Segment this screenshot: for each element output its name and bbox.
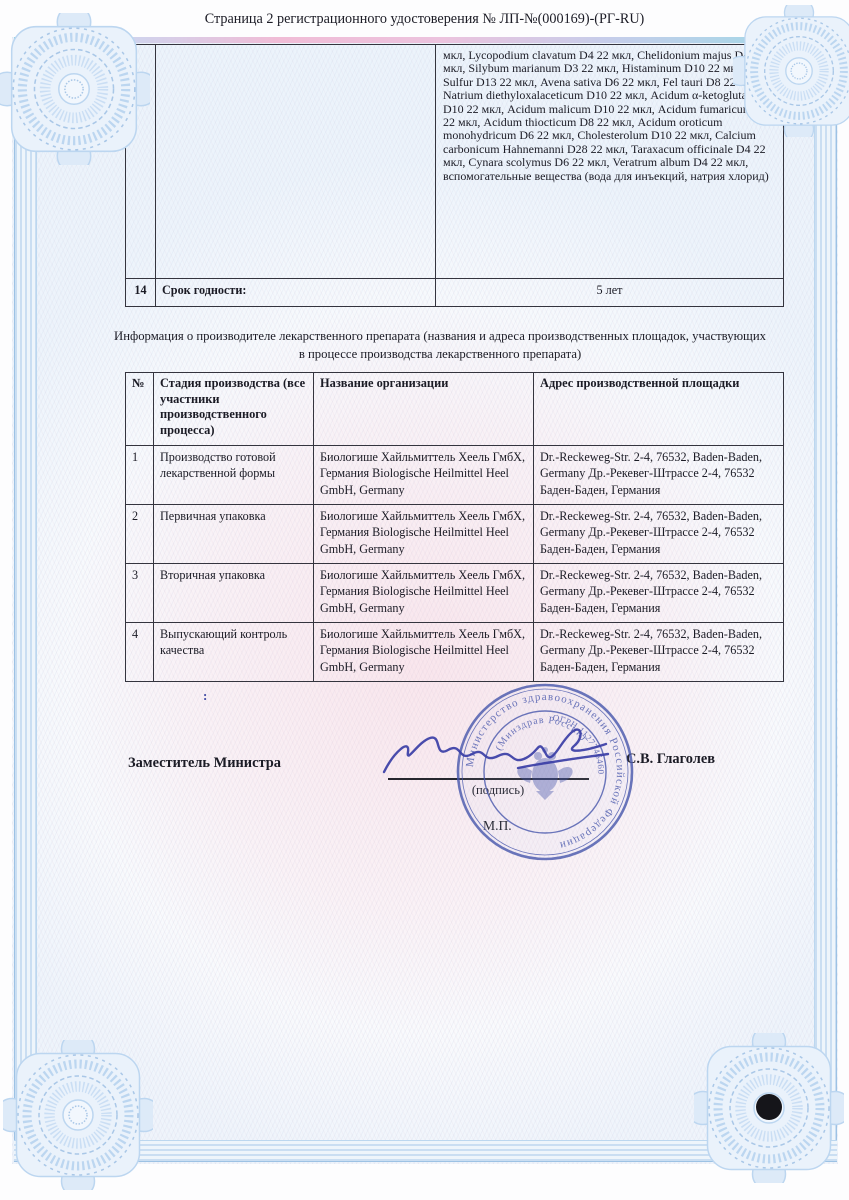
rosette-bottom-left-icon [3, 1040, 153, 1190]
table-row: 1 Производство готовой лекарственной фор… [126, 446, 784, 505]
row-number: 3 [126, 564, 154, 623]
stage-cell: Первичная упаковка [154, 505, 314, 564]
signer-name: С.В. Глаголев [626, 751, 715, 768]
left-border-pattern [14, 42, 37, 1160]
table-row: 2 Первичная упаковка Биологише Хайльмитт… [126, 505, 784, 564]
empty-cell [156, 45, 436, 279]
handwritten-signature [368, 712, 638, 797]
table-row: 3 Вторичная упаковка Биологише Хайльмитт… [126, 564, 784, 623]
rosette-top-right-icon [733, 5, 849, 137]
ink-artifact: : [203, 688, 207, 704]
col-header-num: № [126, 373, 154, 446]
stage-cell: Выпускающий контроль качества [154, 623, 314, 682]
table-row: 14 Срок годности: 5 лет [126, 279, 784, 307]
signer-title: Заместитель Министра [128, 755, 281, 772]
org-cell: Биологише Хайльмиттель Хеель ГмбХ, Герма… [314, 564, 534, 623]
stage-cell: Производство готовой лекарственной формы [154, 446, 314, 505]
row-number: 4 [126, 623, 154, 682]
table-header-row: № Стадия производства (все участники про… [126, 373, 784, 446]
org-cell: Биологише Хайльмиттель Хеель ГмбХ, Герма… [314, 446, 534, 505]
address-cell: Dr.-Reckeweg-Str. 2-4, 76532, Baden-Bade… [534, 564, 784, 623]
rosette-top-left-icon [0, 13, 150, 165]
manufacturers-table: № Стадия производства (все участники про… [125, 372, 784, 682]
stage-cell: Вторичная упаковка [154, 564, 314, 623]
shelf-life-label: Срок годности: [156, 279, 436, 307]
org-cell: Биологише Хайльмиттель Хеель ГмбХ, Герма… [314, 505, 534, 564]
col-header-address: Адрес производственной площадки [534, 373, 784, 446]
composition-text: мкл, Lycopodium clavatum D4 22 мкл, Chel… [436, 45, 784, 279]
composition-table: мкл, Lycopodium clavatum D4 22 мкл, Chel… [125, 44, 784, 307]
manufacturer-info-paragraph: Информация о производителе лекарственног… [110, 328, 770, 363]
address-cell: Dr.-Reckeweg-Str. 2-4, 76532, Baden-Bade… [534, 446, 784, 505]
org-cell: Биологише Хайльмиттель Хеель ГмбХ, Герма… [314, 623, 534, 682]
shelf-life-value: 5 лет [436, 279, 784, 307]
certificate-page: Страница 2 регистрационного удостоверени… [0, 0, 849, 1200]
row-number: 2 [126, 505, 154, 564]
punch-hole-dot [756, 1094, 782, 1120]
right-border-pattern [814, 42, 837, 1160]
col-header-stage: Стадия производства (все участники произ… [154, 373, 314, 446]
address-cell: Dr.-Reckeweg-Str. 2-4, 76532, Baden-Bade… [534, 505, 784, 564]
table-row: мкл, Lycopodium clavatum D4 22 мкл, Chel… [126, 45, 784, 279]
row-number: 1 [126, 446, 154, 505]
address-cell: Dr.-Reckeweg-Str. 2-4, 76532, Baden-Bade… [534, 623, 784, 682]
col-header-org: Название организации [314, 373, 534, 446]
row-number: 14 [126, 279, 156, 307]
table-row: 4 Выпускающий контроль качества Биологиш… [126, 623, 784, 682]
